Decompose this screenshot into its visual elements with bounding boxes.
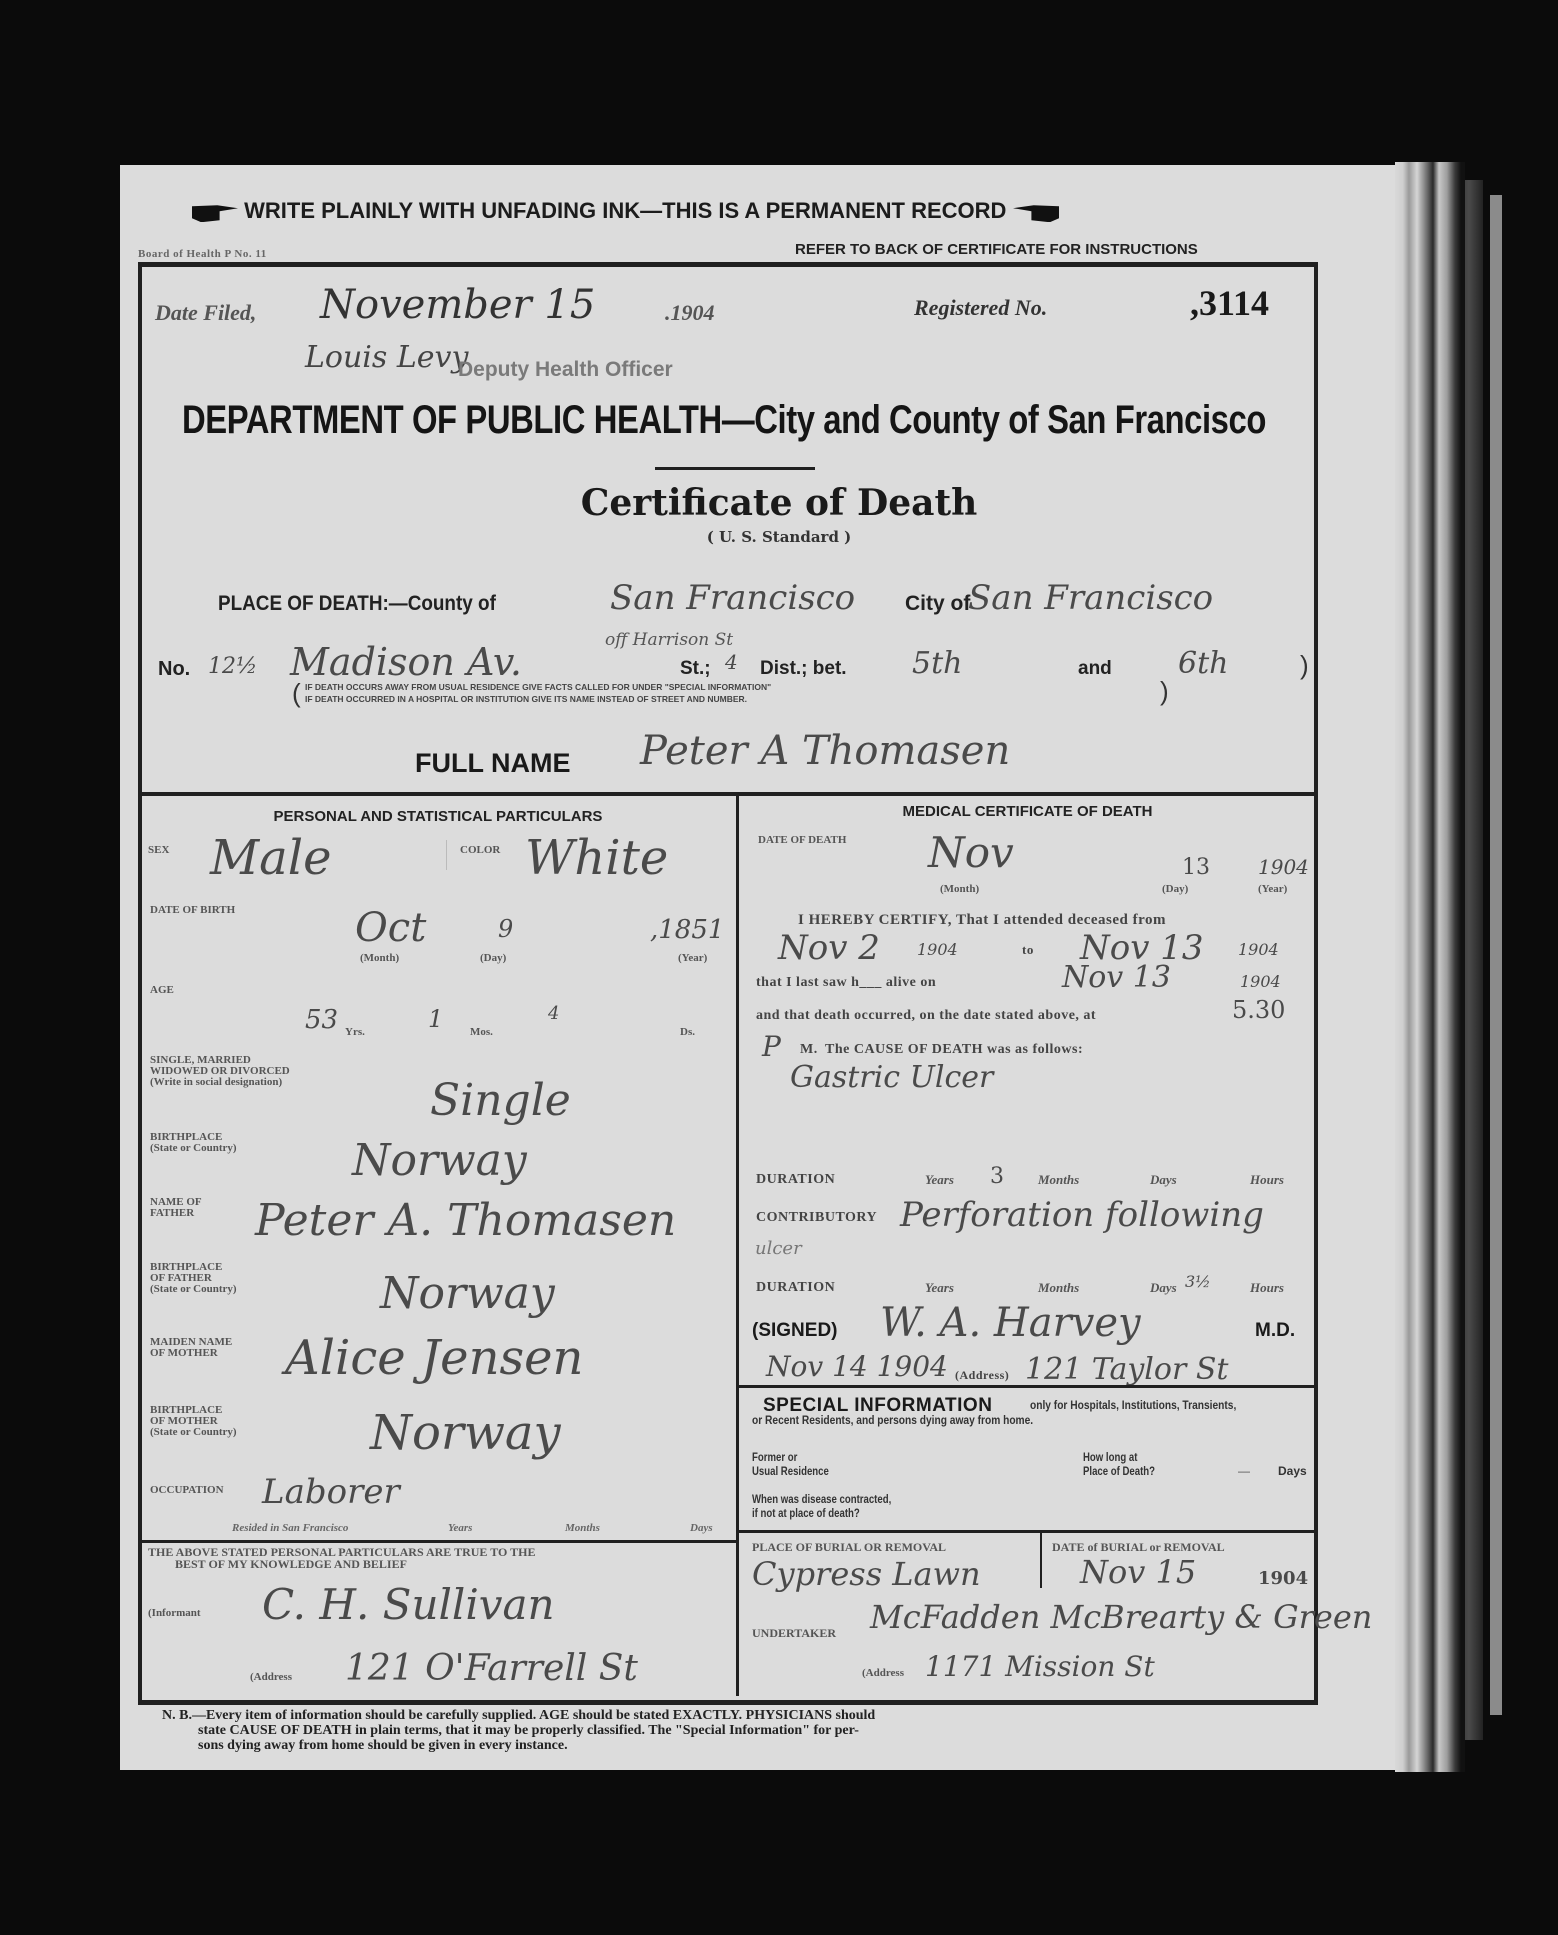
department-title: DEPARTMENT OF PUBLIC HEALTH—City and Cou… — [182, 398, 1084, 443]
dod-day: 13 — [1182, 855, 1210, 880]
street-number: 12½ — [208, 654, 257, 679]
sex-label: SEX — [148, 845, 169, 856]
ward-value: 4 — [725, 650, 738, 674]
how-long-label-line-2: Place of Death? — [1083, 1464, 1155, 1478]
contracted-label: When was disease contracted, if not at p… — [752, 1492, 891, 1520]
street-name: Madison Av. — [290, 640, 522, 684]
physician-address-label: (Address) — [955, 1368, 1009, 1383]
age-years: 53 — [305, 1005, 338, 1035]
physician-address: 121 Taylor St — [1025, 1352, 1228, 1387]
attended-from: Nov 2 — [778, 928, 880, 968]
age-label: AGE — [150, 985, 174, 996]
burial-column-divider — [1040, 1530, 1042, 1588]
street-note: off Harrison St — [605, 630, 733, 650]
county-value: San Francisco — [610, 578, 855, 618]
occupation-label: OCCUPATION — [150, 1485, 224, 1496]
father-birthplace: Norway — [380, 1268, 555, 1319]
burial-place: Cypress Lawn — [752, 1555, 981, 1593]
medical-heading: MEDICAL CERTIFICATE OF DEATH — [740, 803, 1315, 820]
undertaker-address-label: (Address — [862, 1668, 904, 1679]
age-ds-caption: Ds. — [680, 1027, 695, 1038]
dod-month-caption: (Month) — [940, 884, 979, 895]
column-divider — [736, 796, 739, 1696]
father-label-2: FATHER — [150, 1208, 194, 1219]
duration-2-label: DURATION — [756, 1280, 835, 1296]
death-time: 5.30 — [1232, 996, 1285, 1024]
how-long-value: — — [1238, 1464, 1250, 1478]
dob-day-caption: (Day) — [480, 953, 506, 964]
dob-month-caption: (Month) — [360, 953, 399, 964]
informant-divider — [140, 1540, 736, 1543]
frame-top — [138, 262, 1318, 267]
between-2: 6th — [1178, 646, 1228, 681]
former-label-line-2: Usual Residence — [752, 1464, 829, 1478]
marital-value: Single — [430, 1075, 571, 1126]
duration-1-days: Days — [1150, 1172, 1177, 1188]
number-label: No. — [158, 658, 190, 681]
cause-text: The CAUSE OF DEATH was as follows: — [825, 1042, 1083, 1058]
signed-date: Nov 14 1904 — [766, 1350, 948, 1383]
informant-name: C. H. Sullivan — [262, 1580, 555, 1629]
contributory-value: Perforation following — [900, 1195, 1264, 1235]
how-long-label-line-1: How long at — [1083, 1450, 1155, 1464]
special-subheading-2: or Recent Residents, and persons dying a… — [752, 1413, 1033, 1427]
birthplace-value: Norway — [352, 1135, 527, 1186]
last-saw-text: that I last saw h___ alive on — [756, 975, 936, 991]
color-value: White — [525, 830, 668, 886]
dob-year: ,1851 — [650, 915, 724, 945]
dod-label: DATE OF DEATH — [758, 835, 846, 846]
duration-1-hours: Hours — [1250, 1172, 1284, 1188]
standard-subtitle: ( U. S. Standard ) — [0, 528, 1558, 546]
duration-2-hours: Hours — [1250, 1280, 1284, 1296]
footer-note-2: state CAUSE OF DEATH in plain terms, tha… — [198, 1723, 859, 1739]
pointing-hand-icon — [192, 202, 238, 222]
duration-2-days-value: 3½ — [1185, 1272, 1211, 1291]
duration-2-years: Years — [925, 1280, 954, 1296]
pointing-hand-icon — [1013, 202, 1059, 222]
place-note-2: IF DEATH OCCURRED IN A HOSPITAL OR INSTI… — [305, 694, 747, 704]
burial-year: 1904 — [1258, 1568, 1308, 1589]
full-name-value: Peter A Thomasen — [640, 728, 1010, 774]
paren-close: ) — [1300, 650, 1309, 681]
header-warning: WRITE PLAINLY WITH UNFADING INK—THIS IS … — [192, 198, 1282, 224]
book-page-edge — [1490, 195, 1502, 1715]
color-label: COLOR — [460, 845, 500, 856]
city-value: San Francisco — [968, 578, 1213, 618]
officer-title: Deputy Health Officer — [458, 358, 673, 382]
age-mos-caption: Mos. — [470, 1027, 493, 1038]
father-bp-label-3: (State or Country) — [150, 1284, 237, 1295]
sex-value: Male — [210, 830, 332, 886]
informant-address-label: (Address — [250, 1672, 292, 1683]
last-saw-year: 1904 — [1240, 972, 1281, 991]
mother-bp-label-3: (State or Country) — [150, 1427, 237, 1438]
undertaker-address: 1171 Mission St — [925, 1650, 1155, 1683]
resided-days: Days — [690, 1522, 713, 1534]
dod-month: Nov — [928, 828, 1014, 877]
burial-date-label: DATE of BURIAL or REMOVAL — [1052, 1542, 1225, 1553]
marital-label-3: (Write in social designation) — [150, 1077, 282, 1088]
dod-year: 1904 — [1258, 855, 1309, 879]
form-id: Board of Health P No. 11 — [138, 248, 267, 260]
mother-name: Alice Jensen — [285, 1330, 583, 1386]
attended-to-year: 1904 — [1238, 940, 1279, 959]
contributory-label: CONTRIBUTORY — [756, 1210, 877, 1226]
resided-years: Years — [448, 1522, 472, 1534]
dist-label: Dist.; bet. — [760, 658, 847, 680]
burial-date: Nov 15 — [1080, 1553, 1196, 1591]
former-residence-label: Former or Usual Residence — [752, 1450, 829, 1478]
death-ampm: P — [762, 1030, 781, 1063]
mother-label-2: OF MOTHER — [150, 1348, 218, 1359]
city-label: City of — [905, 592, 970, 616]
date-filed-year: .1904 — [665, 300, 715, 326]
frame-left — [138, 262, 142, 1704]
certify-text: I HEREBY CERTIFY, That I attended deceas… — [798, 912, 1166, 929]
attended-from-year: 1904 — [917, 940, 958, 959]
md-label: M.D. — [1255, 1320, 1295, 1342]
book-binding-edge — [1395, 162, 1465, 1772]
dob-day: 9 — [498, 915, 513, 943]
frame-bottom — [138, 1700, 1318, 1705]
former-label-line-1: Former or — [752, 1450, 829, 1464]
how-long-days-label: Days — [1278, 1464, 1307, 1478]
contracted-label-line-2: if not at place of death? — [752, 1506, 891, 1520]
registered-label: Registered No. — [914, 295, 1047, 321]
age-days: 4 — [548, 1003, 559, 1024]
frame-right — [1314, 262, 1318, 1704]
st-label: St.; — [680, 658, 711, 680]
burial-divider — [738, 1530, 1318, 1533]
age-yrs-caption: Yrs. — [345, 1027, 365, 1038]
age-months: 1 — [428, 1005, 443, 1033]
dob-month: Oct — [355, 905, 426, 951]
note-paren-close: ) — [1160, 676, 1169, 707]
occupation-value: Laborer — [262, 1472, 400, 1512]
contracted-label-line-1: When was disease contracted, — [752, 1492, 891, 1506]
footer-note-3: sons dying away from home should be give… — [198, 1738, 568, 1754]
title-divider — [655, 467, 815, 470]
duration-2-days: Days — [1150, 1280, 1177, 1296]
occurred-text: and that death occurred, on the date sta… — [756, 1008, 1096, 1024]
birthplace-label-2: (State or Country) — [150, 1143, 237, 1154]
duration-1-months: Months — [1038, 1172, 1079, 1188]
certificate-title: Certificate of Death — [0, 482, 1558, 524]
place-note-1: IF DEATH OCCURS AWAY FROM USUAL RESIDENC… — [305, 682, 771, 692]
dod-day-caption: (Day) — [1162, 884, 1188, 895]
and-label: and — [1078, 658, 1112, 680]
sex-color-divider — [446, 840, 447, 870]
note-paren-open: ( — [292, 678, 301, 709]
physician-signature: W. A. Harvey — [880, 1300, 1141, 1346]
special-subheading-1: only for Hospitals, Institutions, Transi… — [1030, 1398, 1236, 1412]
mother-birthplace: Norway — [370, 1405, 561, 1461]
place-of-death-label: PLACE OF DEATH:—County of — [218, 592, 496, 616]
full-name-label: FULL NAME — [415, 748, 571, 779]
header-warning-text: WRITE PLAINLY WITH UNFADING INK—THIS IS … — [244, 198, 1006, 223]
date-filed-value: November 15 — [320, 282, 595, 328]
dod-year-caption: (Year) — [1258, 884, 1287, 895]
last-saw-date: Nov 13 — [1062, 960, 1171, 995]
officer-signature: Louis Levy — [305, 340, 468, 375]
how-long-label: How long at Place of Death? — [1083, 1450, 1155, 1478]
footer-note-1: N. B.—Every item of information should b… — [162, 1708, 875, 1724]
resided-label: Resided in San Francisco — [232, 1522, 348, 1534]
informant-label: (Informant — [148, 1608, 201, 1619]
undertaker-label: UNDERTAKER — [752, 1628, 836, 1639]
contributory-cont: ulcer — [755, 1238, 802, 1259]
informant-address: 121 O'Farrell St — [345, 1648, 638, 1689]
instructions-note: REFER TO BACK OF CERTIFICATE FOR INSTRUC… — [795, 241, 1198, 258]
burial-place-label: PLACE OF BURIAL OR REMOVAL — [752, 1542, 946, 1553]
father-name: Peter A. Thomasen — [255, 1195, 676, 1246]
informant-statement-2: BEST OF MY KNOWLEDGE AND BELIEF — [175, 1559, 407, 1570]
undertaker-name: McFadden McBrearty & Green — [870, 1598, 1372, 1636]
duration-1-label: DURATION — [756, 1172, 835, 1188]
signed-label: (SIGNED) — [752, 1320, 838, 1342]
between-1: 5th — [912, 646, 962, 681]
registered-number: ,3114 — [1190, 282, 1269, 324]
resided-months: Months — [565, 1522, 600, 1534]
time-suffix: M. — [800, 1042, 818, 1058]
duration-2-months: Months — [1038, 1280, 1079, 1296]
to-label: to — [1022, 942, 1034, 958]
dob-year-caption: (Year) — [678, 953, 707, 964]
dob-label: DATE OF BIRTH — [150, 905, 235, 916]
section-divider — [140, 792, 1318, 796]
date-filed-label: Date Filed, — [155, 300, 256, 326]
cause-of-death: Gastric Ulcer — [790, 1060, 993, 1095]
personal-heading: PERSONAL AND STATISTICAL PARTICULARS — [140, 808, 736, 825]
duration-1-years: Years — [925, 1172, 954, 1188]
special-divider — [738, 1385, 1318, 1388]
duration-1-months-value: 3 — [990, 1164, 1004, 1189]
